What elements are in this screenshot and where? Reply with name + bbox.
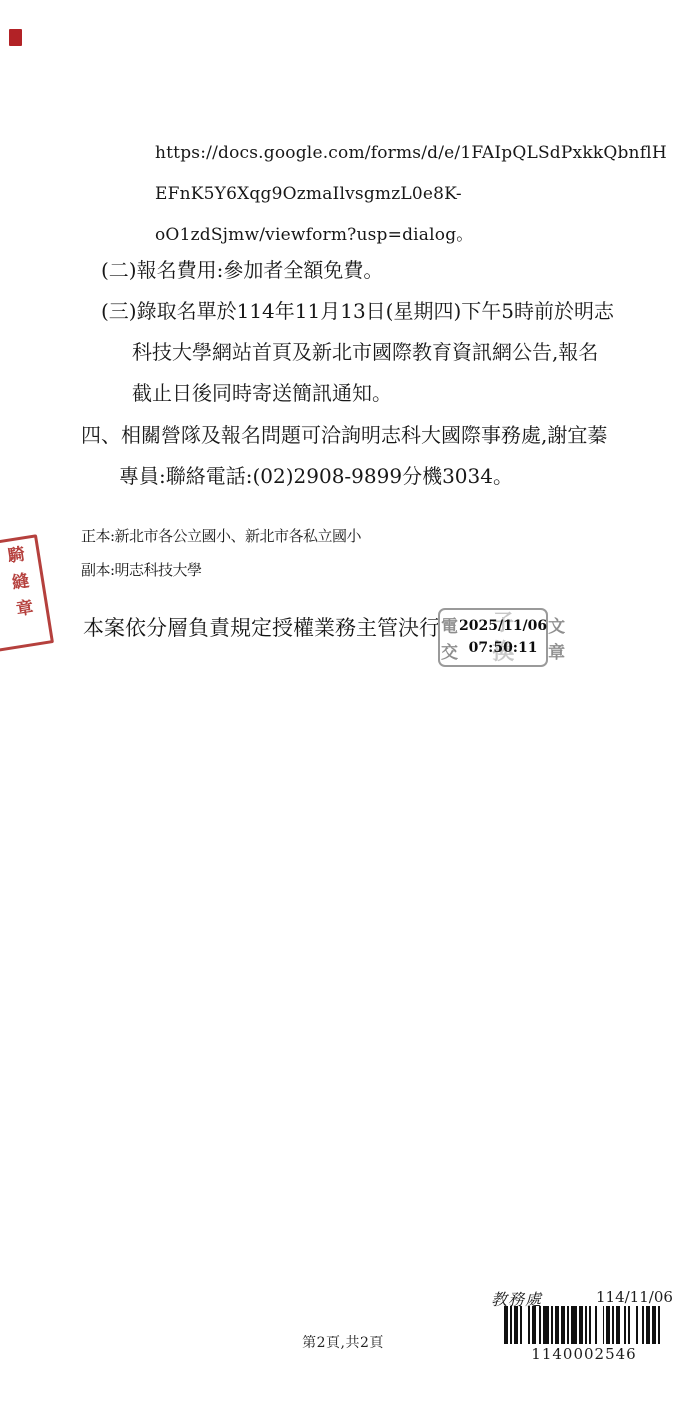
page-number-footer: 第2頁,共2頁 — [0, 1332, 686, 1352]
exchange-stamp-right-column: 文 章 — [547, 610, 566, 665]
exchange-stamp-center: 子 換 2025/11/06 07:50:11 — [459, 610, 547, 665]
authorization-statement: 本案依分層負責規定授權業務主管決行 — [83, 616, 440, 640]
item-3-line-2: 科技大學網站首頁及新北市國際教育資訊網公告,報名 — [132, 341, 598, 364]
form-url-line-2: EFnK5Y6Xqg9OzmaIlvsgmzL0e8K- — [155, 185, 462, 205]
exchange-stamp-char-jiao: 交 — [441, 638, 458, 663]
exchange-stamp-date: 2025/11/06 — [459, 615, 547, 637]
exchange-stamp-char-dian: 電 — [441, 612, 458, 637]
exchange-stamp-char-zhang: 章 — [548, 638, 565, 663]
form-url-line-1: https://docs.google.com/forms/d/e/1FAIpQ… — [155, 144, 667, 164]
item-3-line-1: (三)錄取名單於114年11月13日(星期四)下午5時前於明志 — [101, 300, 614, 323]
document-page: https://docs.google.com/forms/d/e/1FAIpQ… — [0, 0, 686, 1404]
original-recipients: 正本:新北市各公立國小、新北市各私立國小 — [81, 528, 361, 545]
item-2-registration-fee: (二)報名費用:參加者全額免費。 — [101, 259, 383, 282]
red-corner-mark — [9, 29, 22, 46]
form-url-line-3: oO1zdSjmw/viewform?usp=dialog。 — [155, 226, 474, 246]
item-3-line-3: 截止日後同時寄送簡訊通知。 — [132, 382, 392, 405]
registry-date: 114/11/06 — [596, 1288, 673, 1306]
exchange-stamp-time: 07:50:11 — [459, 637, 547, 659]
item-4-line-2: 專員:聯絡電話:(02)2908-9899分機3034。 — [119, 465, 513, 488]
seam-stamp-text: 騎縫章 — [3, 545, 32, 628]
copy-recipients: 副本:明志科技大學 — [81, 562, 202, 579]
item-4-line-1: 四、相關營隊及報名問題可洽詢明志科大國際事務處,謝宜蓁 — [81, 424, 607, 447]
exchange-stamp-left-column: 電 交 — [440, 610, 459, 665]
electronic-exchange-stamp: 電 交 子 換 2025/11/06 07:50:11 文 章 — [438, 608, 548, 667]
exchange-stamp-char-wen: 文 — [548, 612, 565, 637]
seam-stamp: 騎縫章 — [0, 534, 54, 658]
